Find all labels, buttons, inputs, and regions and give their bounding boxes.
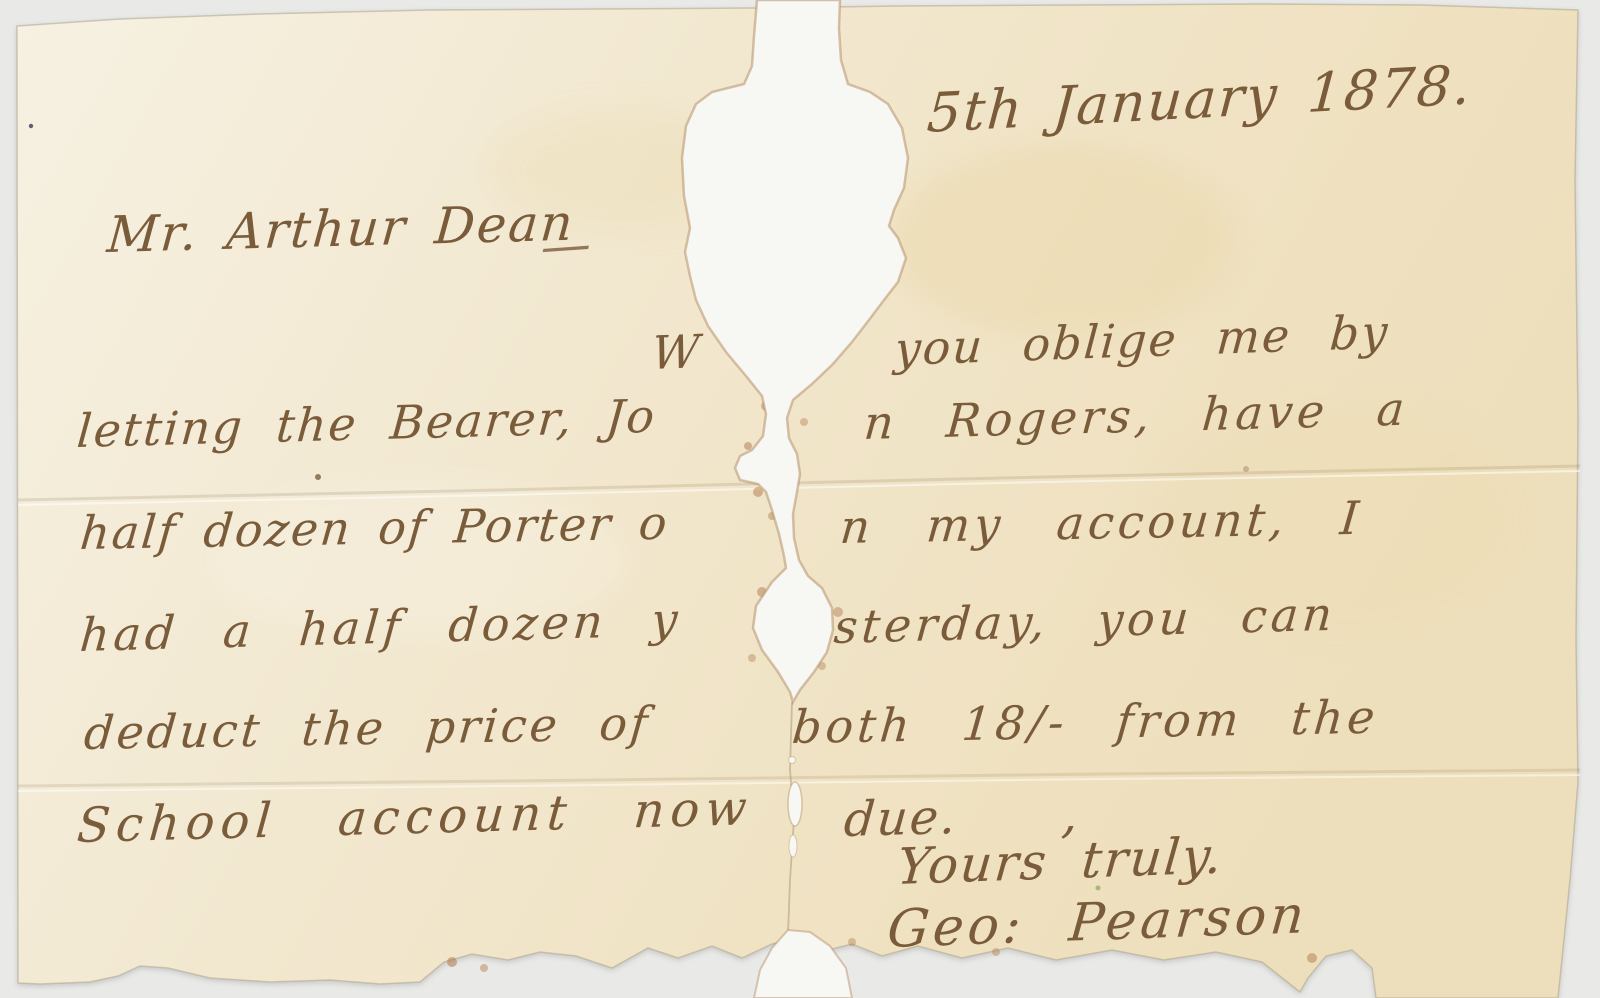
letter-photo: 5th January 1878. Mr. Arthur Dean — W yo… xyxy=(0,0,1600,998)
paper-graphic xyxy=(0,0,1600,998)
